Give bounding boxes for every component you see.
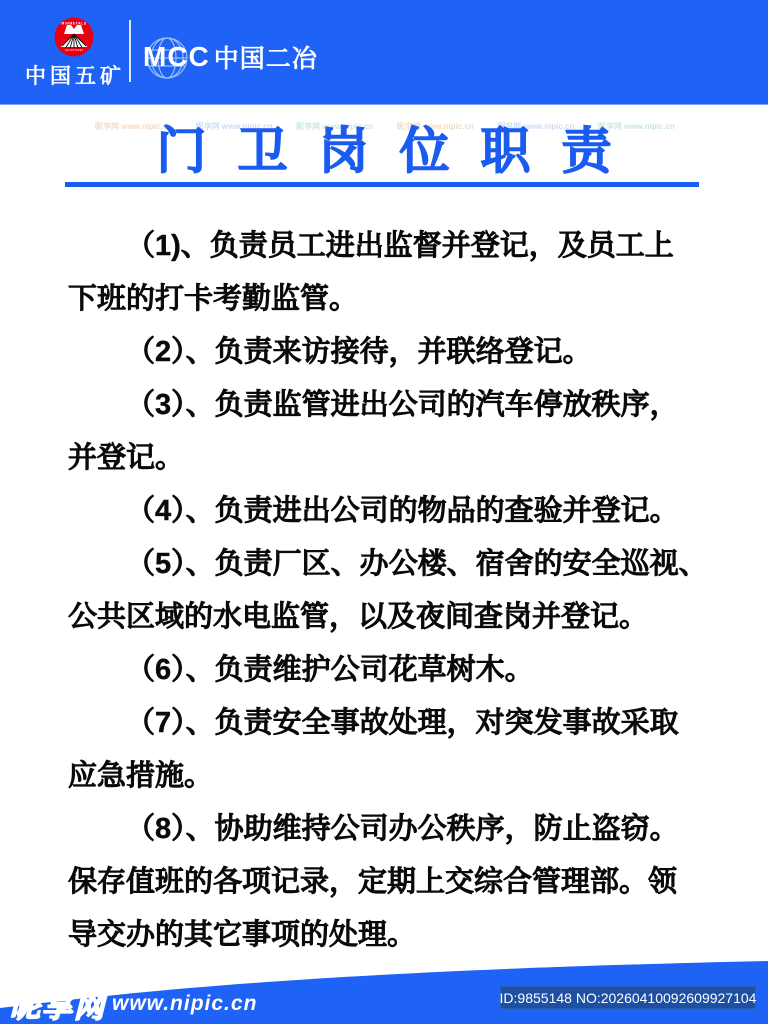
site-url: www.nipic.cn (112, 992, 257, 1016)
duty-line: （2）、负责来访接待，并联络登记。 (68, 326, 704, 379)
mcc-logo-lockup: MCC 中国二冶 (143, 40, 318, 74)
duty-line: （7）、负责安全事故处理，对突发事故采取 (68, 697, 704, 750)
duty-line: （6）、负责维护公司花草树木。 (68, 644, 704, 697)
image-id-text: ID:9855148 NO:20260410092609927104 (500, 990, 757, 1006)
svg-text:MINMETALS: MINMETALS (61, 22, 86, 26)
header-banner: MINMETALS LEO2#T#2#3 中国五矿 MCC 中国二冶 (0, 0, 768, 105)
page-title: 门卫岗位职责 (0, 124, 768, 178)
minmetals-logo-icon: MINMETALS LEO2#T#2#3 (54, 17, 94, 57)
duty-line: （5）、负责厂区、办公楼、宿舍的安全巡视、 (68, 538, 704, 591)
svg-text:LEO2#T#2#3: LEO2#T#2#3 (65, 48, 84, 52)
title-underline (65, 182, 699, 187)
duty-line: （8）、协助维持公司办公秩序，防止盗窃。 (68, 803, 704, 856)
duty-line: （3）、负责监管进出公司的汽车停放秩序， (68, 379, 704, 432)
duty-line: 并登记。 (68, 432, 704, 485)
minmetals-company-name: 中国五矿 (20, 60, 130, 90)
mcc-company-name: 中国二冶 (214, 39, 318, 75)
duty-line: 下班的打卡考勤监管。 (68, 273, 704, 326)
duty-line: 应急措施。 (68, 750, 704, 803)
duty-line: （1)、负责员工进出监督并登记，及员工上 (68, 220, 704, 273)
duties-text: （1)、负责员工进出监督并登记，及员工上 下班的打卡考勤监管。 （2）、负责来访… (68, 220, 704, 962)
site-watermark: 昵享网 (10, 982, 106, 1024)
duty-line: （4）、负责进出公司的物品的查验并登记。 (68, 485, 704, 538)
mcc-abbr: MCC (143, 41, 210, 73)
duty-line: 公共区域的水电监管，以及夜间查岗并登记。 (68, 591, 704, 644)
duty-line: 保存值班的各项记录，定期上交综合管理部。领 (68, 856, 704, 909)
header-divider (129, 20, 131, 82)
image-id-badge: ID:9855148 NO:20260410092609927104 (500, 986, 756, 1009)
